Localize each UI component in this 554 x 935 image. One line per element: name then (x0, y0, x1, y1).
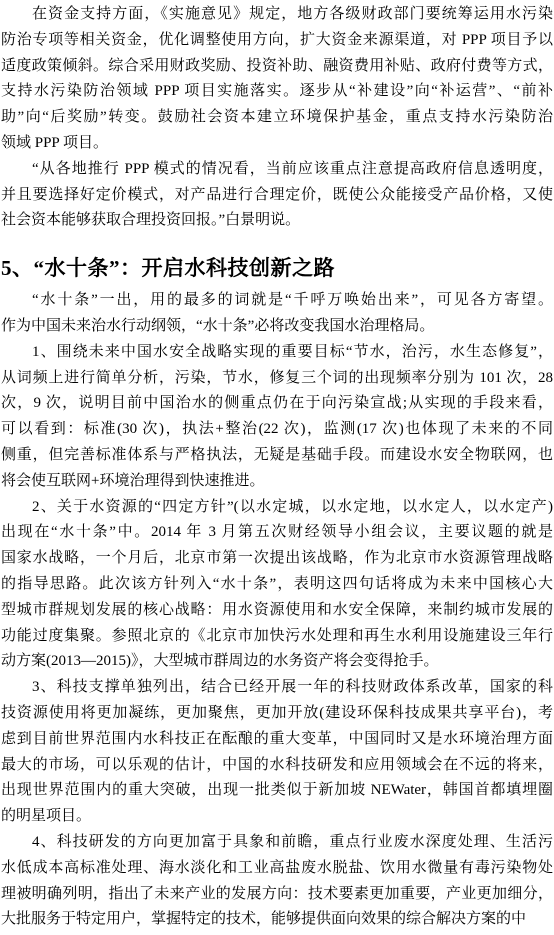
text-line: 型城市群规划发展的核心战略：用水资源使用和水安全保障，来制约城市发展的 (1, 598, 553, 624)
section-heading: 5、“水十条”：开启水科技创新之路 (1, 254, 553, 282)
text-line: 侧重，但完善标准体系与严格执法，无疑是基础手段。而建设水安全物联网，也 (1, 443, 553, 469)
text-line: 社会资本能够获取合理投资回报。”白景明说。 (1, 208, 553, 234)
paragraph: 1、围绕未来中国水安全战略实现的重要目标“节水，治污，水生态修复”，从词频上进行… (1, 340, 553, 495)
text-line: 最大的市场，可以乐观的估计，中国的水科技研发和应用领域会在不远的将来， (1, 753, 553, 779)
paragraph: “从各地推行 PPP 模式的情况看，当前应该重点注意提高政府信息透明度，并且要选… (1, 157, 553, 234)
text-line: 作为中国未来治水行动纲领，“水十条”必将改变我国水治理格局。 (1, 314, 553, 340)
text-line: 国家水战略，一个月后，北京市第一次提出该战略，作为北京市水资源管理战略 (1, 546, 553, 572)
text-line: 功能过度集聚。参照北京的《北京市加快污水处理和再生水利用设施建设三年行 (1, 624, 553, 650)
text-line: 在资金支持方面，《实施意见》规定，地方各级财政部门要统筹运用水污染 (1, 2, 553, 28)
text-line: 水低成本高标准处理、海水淡化和工业高盐废水脱盐、饮用水微量有毒污染物处 (1, 856, 553, 882)
paragraph: 3、科技支撑单独列出，结合已经开展一年的科技财政体系改革，国家的科技资源使用将更… (1, 675, 553, 830)
text-line: 领域 PPP 项目。 (1, 131, 553, 157)
text-line: 助”向“后奖励”转变。鼓励社会资本建立环境保护基金，重点支持水污染防治 (1, 105, 553, 131)
text-line: 技资源使用将更加凝练，更加聚焦，更加开放(建设环保科技成果共享平台)，考 (1, 701, 553, 727)
text-line: 次，9 次，说明目前中国治水的侧重点仍在于向污染宣战;从实现的手段来看， (1, 391, 553, 417)
text-line: 可以看到：标准(30 次)，执法+整治(22 次)，监测(17 次)也体现了未来… (1, 417, 553, 443)
text-line: 2、关于水资源的“四定方针”(以水定城，以水定地，以水定人，以水定产) (1, 495, 553, 521)
text-line: 防治专项等相关资金，优化调整使用方向，扩大资金来源渠道，对 PPP 项目予以 (1, 28, 553, 54)
text-line: 大批服务于特定用户，掌握特定的技术，能够提供面向效果的综合解决方案的中 (1, 907, 553, 933)
text-line: 动方案(2013—2015)》，大型城市群周边的水务资产将会变得抢手。 (1, 649, 553, 675)
text-line: 4、科技研发的方向更加富于具象和前瞻，重点行业废水深度处理、生活污 (1, 830, 553, 856)
paragraph: 在资金支持方面，《实施意见》规定，地方各级财政部门要统筹运用水污染防治专项等相关… (1, 2, 553, 157)
text-line: 将会使互联网+环境治理得到快速推进。 (1, 469, 553, 495)
text-line: “水十条”一出，用的最多的词就是“千呼万唤始出来”，可见各方寄望。 (1, 288, 553, 314)
text-line: 支持水污染防治领域 PPP 项目实施落实。逐步从“补建设”向“补运营”、“前补 (1, 79, 553, 105)
text-line: 并且要选择好定价模式，对产品进行合理定价，既使公众能接受产品价格，又使 (1, 183, 553, 209)
text-line: 适度政策倾斜。综合采用财政奖励、投资补助、融资费用补贴、政府付费等方式， (1, 54, 553, 80)
text-line: 3、科技支撑单独列出，结合已经开展一年的科技财政体系改革，国家的科 (1, 675, 553, 701)
text-line: “从各地推行 PPP 模式的情况看，当前应该重点注意提高政府信息透明度， (1, 157, 553, 183)
paragraph: 2、关于水资源的“四定方针”(以水定城，以水定地，以水定人，以水定产)出现在“水… (1, 495, 553, 676)
text-line: 的指导思路。此次该方针列入“水十条”，表明这四句话将成为未来中国核心大 (1, 572, 553, 598)
paragraph: “水十条”一出，用的最多的词就是“千呼万唤始出来”，可见各方寄望。作为中国未来治… (1, 288, 553, 340)
text-line: 1、围绕未来中国水安全战略实现的重要目标“节水，治污，水生态修复”， (1, 340, 553, 366)
text-line: 出现在“水十条”中。2014 年 3 月第五次财经领导小组会议，主要议题的就是 (1, 520, 553, 546)
document-page: 在资金支持方面，《实施意见》规定，地方各级财政部门要统筹运用水污染防治专项等相关… (0, 0, 554, 935)
text-line: 虑到目前世界范围内水科技正在酝酿的重大变革，中国同时又是水环境治理方面 (1, 727, 553, 753)
text-line: 从词频上进行简单分析，污染，节水，修复三个词的出现频率分别为 101 次，28 (1, 366, 553, 392)
paragraph: 4、科技研发的方向更加富于具象和前瞻，重点行业废水深度处理、生活污水低成本高标准… (1, 830, 553, 933)
text-line: 理被明确列明，指出了未来产业的发展方向：技术要素更加重要，产业更加细分， (1, 882, 553, 908)
text-line: 的明星项目。 (1, 804, 553, 830)
text-line: 出现世界范围内的重大突破，出现一批类似于新加坡 NEWater，韩国首都填埋圈 (1, 778, 553, 804)
